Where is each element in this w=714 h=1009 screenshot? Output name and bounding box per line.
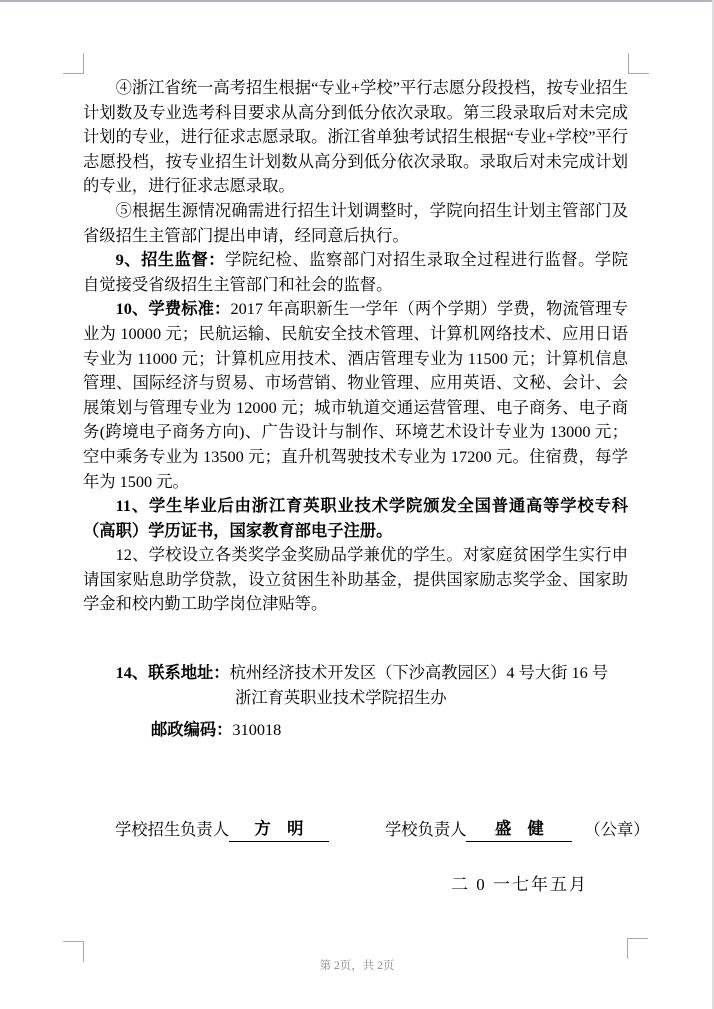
contact-heading: 14、联系地址： bbox=[116, 663, 230, 682]
official-seal-note: （公章） bbox=[584, 820, 649, 839]
school-head-label: 学校负责人 bbox=[385, 818, 466, 843]
page-top-edge bbox=[0, 0, 714, 2]
admissions-officer-label: 学校招生负责人 bbox=[115, 818, 229, 843]
item-10-heading: 10、学费标准： bbox=[116, 299, 231, 318]
paragraph-item-11: 11、学生毕业后由浙江育英职业技术学院颁发全国普通高等学校专科（高职）学历证书，… bbox=[83, 494, 628, 543]
contact-address-line-2: 浙江育英职业技术学院招生办 bbox=[235, 686, 628, 711]
paragraph-item-10: 10、学费标准：2017 年高职新生一学年（两个学期）学费，物流管理专业为 10… bbox=[83, 297, 628, 494]
paragraph-item-4: ④浙江省统一高考招生根据“专业+学校”平行志愿分段投档，按专业招生计划数及专业选… bbox=[83, 76, 628, 199]
crop-mark-bottom-right bbox=[627, 938, 648, 959]
contact-address-line-1: 14、联系地址：杭州经济技术开发区（下沙高教园区）4 号大街 16 号 bbox=[83, 661, 628, 686]
admissions-officer-name: 方 明 bbox=[229, 817, 329, 843]
contact-address-text: 杭州经济技术开发区（下沙高教园区）4 号大街 16 号 bbox=[230, 663, 609, 682]
crop-mark-top-left bbox=[63, 53, 84, 74]
paragraph-item-9: 9、招生监督：学院纪检、监察部门对招生录取全过程进行监督。学院自觉接受省级招生主… bbox=[83, 248, 628, 297]
item-9-heading: 9、招生监督： bbox=[116, 250, 226, 269]
paragraph-item-5: ⑤根据生源情况确需进行招生计划调整时，学院向招生计划主管部门及省级招生主管部门提… bbox=[83, 199, 628, 248]
school-head-name: 盛 健 bbox=[466, 817, 572, 843]
page-number-footer: 第 2页，共 2页 bbox=[0, 957, 714, 973]
document-date: 二 0 一七年五月 bbox=[451, 873, 628, 898]
postal-code-label: 邮政编码： bbox=[151, 720, 232, 739]
paragraph-item-12: 12、学校设立各类奖学金奖励品学兼优的学生。对家庭贫困学生实行申请国家贴息助学贷… bbox=[83, 543, 628, 617]
signature-line: 学校招生负责人方 明学校负责人盛 健（公章） bbox=[83, 817, 628, 844]
postal-code-value: 310018 bbox=[232, 720, 281, 739]
document-body: ④浙江省统一高考招生根据“专业+学校”平行志愿分段投档，按专业招生计划数及专业选… bbox=[83, 76, 628, 897]
crop-mark-top-right bbox=[628, 53, 649, 74]
item-10-text: 2017 年高职新生一学年（两个学期）学费，物流管理专业为 10000 元；民航… bbox=[83, 299, 628, 490]
contact-section: 14、联系地址：杭州经济技术开发区（下沙高教园区）4 号大街 16 号 浙江育英… bbox=[83, 661, 628, 743]
document-page: ④浙江省统一高考招生根据“专业+学校”平行志愿分段投档，按专业招生计划数及专业选… bbox=[0, 0, 714, 1009]
postal-code-line: 邮政编码：310018 bbox=[151, 718, 628, 743]
